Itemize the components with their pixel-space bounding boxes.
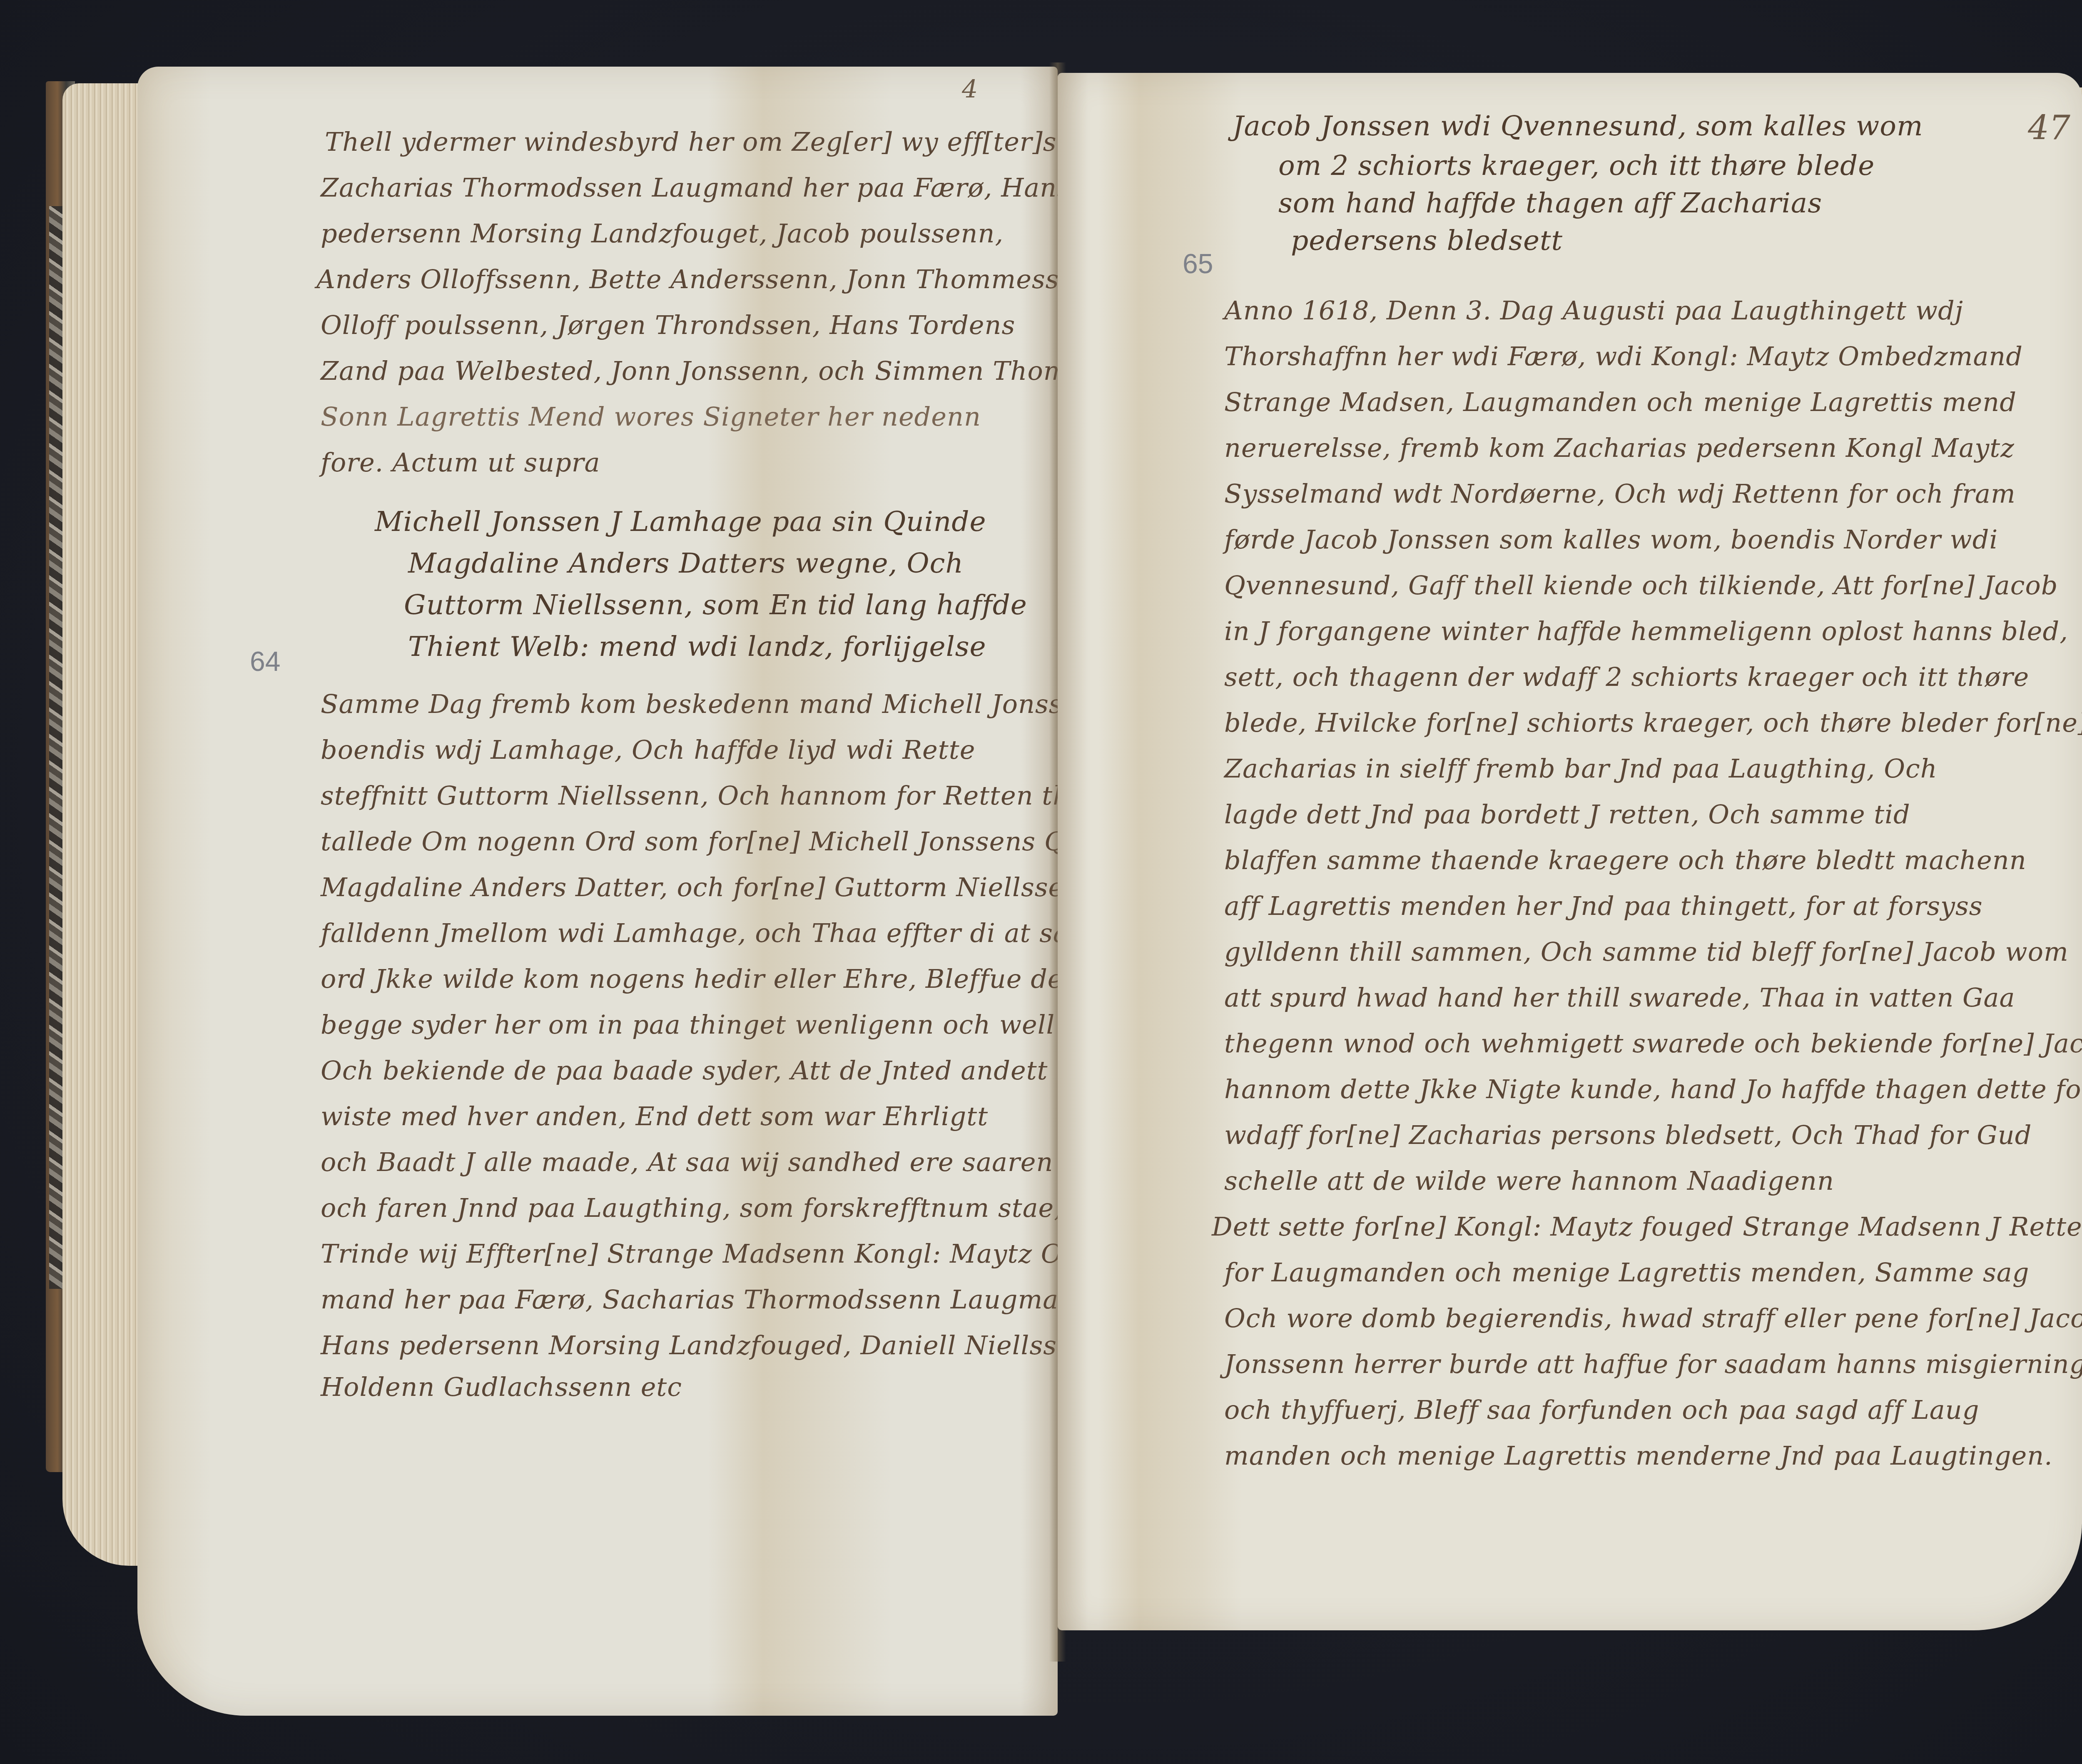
text-line: lagde dett Jnd paa bordett J retten, Och… [1224, 802, 1910, 827]
text-line: Och bekiende de paa baade syder, Att de … [321, 1058, 1048, 1084]
text-line: Qvennesund, Gaff thell kiende och tilkie… [1224, 573, 2058, 598]
right-page: 47 Jacob Jonssen wdi Qvennesund, som kal… [1058, 73, 2082, 1630]
text-line: Zacharias in sielff fremb bar Jnd paa La… [1224, 756, 1938, 782]
text-line: Hans pedersenn Morsing Landzfouged, Dani… [321, 1333, 1090, 1358]
text-line: manden och menige Lagrettis menderne Jnd… [1224, 1443, 2053, 1469]
text-line: for Laugmanden och menige Lagrettis mend… [1224, 1260, 2029, 1286]
text-line: Zand paa Welbested, Jonn Jonssenn, och S… [321, 358, 1082, 384]
text-line: Strange Madsen, Laugmanden och menige La… [1224, 389, 2017, 415]
text-line: thegenn wnod och wehmigett swarede och b… [1224, 1031, 2082, 1056]
text-line: Jonssenn herrer burde att haffue for saa… [1224, 1351, 2082, 1377]
text-line: Anno 1618, Denn 3. Dag Augusti paa Laugt… [1224, 298, 1963, 324]
text-line: førde Jacob Jonssen som kalles wom, boen… [1224, 527, 1998, 553]
text-line: aff Lagrettis menden her Jnd paa thinget… [1224, 893, 1983, 919]
text-line: Thorshaffnn her wdi Færø, wdi Kongl: May… [1224, 344, 2023, 369]
text-line: Zacharias Thormodssen Laugmand her paa F… [321, 175, 1071, 201]
heading-line: pedersens bledsett [1291, 227, 1563, 254]
heading-line: som hand haffde thagen aff Zacharias [1278, 189, 1822, 217]
text-line: Anders Olloffssenn, Bette Anderssenn, Jo… [316, 267, 1059, 292]
text-line: Och wore domb begierendis, hwad straff e… [1224, 1306, 2082, 1331]
heading-line: Guttorm Niellssenn, som En tid lang haff… [404, 591, 1027, 619]
heading-line: Thient Welb: mend wdi landz, forlijgelse [408, 633, 986, 660]
text-line: sett, och thagenn der wdaff 2 schiorts k… [1224, 664, 2029, 690]
pencil-margin-number: 64 [250, 645, 280, 677]
text-line: wiste med hver anden, End dett som war E… [321, 1104, 988, 1129]
heading-line: om 2 schiorts kraeger, och itt thøre ble… [1278, 152, 1875, 179]
pencil-margin-number: 65 [1183, 248, 1213, 279]
text-line: schelle att de wilde were hannom Naadige… [1224, 1168, 1834, 1194]
text-line: hannom dette Jkke Nigte kunde, hand Jo h… [1224, 1076, 2082, 1102]
text-line: in J forgangene winter haffde hemmeligen… [1224, 618, 2068, 644]
text-line: och thyffuerj, Bleff saa forfunden och p… [1224, 1397, 1979, 1423]
text-line: blede, Hvilcke for[ne] schiorts kraeger,… [1224, 710, 2082, 736]
text-line: Thell ydermer windesbyrd her om Zeg[er] … [325, 129, 1175, 155]
text-line: neruerelsse, fremb kom Zacharias pederse… [1224, 435, 2015, 461]
text-line: ord Jkke wilde kom nogens hedir eller Eh… [321, 966, 1121, 992]
text-line: steffnitt Guttorm Niellssenn, Och hannom… [321, 783, 1096, 809]
text-line: pedersenn Morsing Landzfouget, Jacob pou… [321, 221, 1004, 247]
text-line: Sysselmand wdt Nordøerne, Och wdj Retten… [1224, 481, 2016, 507]
text-line: Samme Dag fremb kom beskedenn mand Miche… [321, 691, 1112, 717]
heading-line: Michell Jonssen J Lamhage paa sin Quinde [375, 508, 986, 536]
text-line: Magdaline Anders Datter, och for[ne] Gut… [321, 875, 1128, 900]
left-page: 4 Thell ydermer windesbyrd her om Zeg[er… [137, 67, 1058, 1716]
text-line: tallede Om nogenn Ord som for[ne] Michel… [321, 829, 1141, 855]
text-line: Trinde wij Effter[ne] Strange Madsenn Ko… [321, 1241, 1137, 1267]
left-top-corner-mark: 4 [962, 75, 978, 104]
text-line: boendis wdj Lamhage, Och haffde liyd wdi… [321, 737, 975, 763]
text-line: Dett sette for[ne] Kongl: Maytz fouged S… [1212, 1214, 2082, 1240]
text-line: och faren Jnnd paa Laugthing, som forskr… [321, 1195, 1063, 1221]
text-line: wdaff for[ne] Zacharias persons bledsett… [1224, 1122, 2032, 1148]
text-line: mand her paa Færø, Sacharias Thormodssen… [321, 1287, 1149, 1313]
text-line: blaffen samme thaende kraegere och thøre… [1224, 847, 2027, 873]
text-line: och Baadt J alle maade, At saa wij sandh… [321, 1149, 1053, 1175]
text-line: Sonn Lagrettis Mend wores Signeter her n… [321, 404, 981, 430]
heading-line: Jacob Jonssen wdi Qvennesund, som kalles… [1233, 112, 1923, 140]
text-line: Olloff poulssenn, Jørgen Throndssen, Han… [321, 312, 1015, 338]
text-line: gylldenn thill sammen, Och samme tid ble… [1224, 939, 2069, 965]
text-line: fore. Actum ut supra [321, 450, 600, 476]
text-line: att spurd hwad hand her thill swarede, T… [1224, 985, 2015, 1011]
folio-number: 47 [2028, 108, 2070, 147]
text-line: Holdenn Gudlachssenn etc [321, 1374, 682, 1400]
heading-line: Magdaline Anders Datters wegne, Och [408, 550, 964, 577]
text-line: falldenn Jmellom wdi Lamhage, och Thaa e… [321, 920, 1134, 946]
